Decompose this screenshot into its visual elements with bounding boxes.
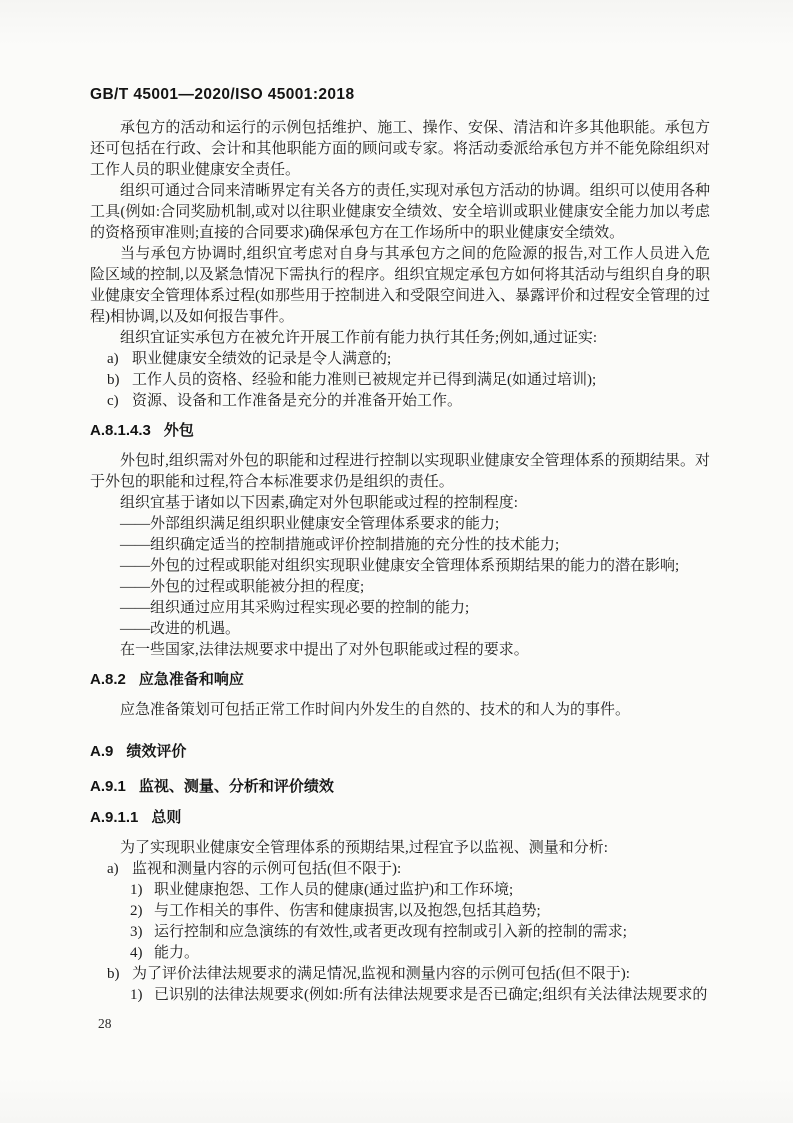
- item-label: b): [107, 370, 132, 391]
- item-text: 为了评价法律法规要求的满足情况,监视和测量内容的示例可包括(但不限于):: [132, 964, 710, 985]
- paragraph: 应急准备策划可包括正常工作时间内外发生的自然的、技术的和人为的事件。: [90, 700, 710, 721]
- dash-text: 改进的机遇。: [150, 621, 240, 637]
- item-text: 职业健康安全绩效的记录是令人满意的;: [132, 349, 710, 370]
- page-content: 承包方的活动和运行的示例包括维护、施工、操作、安保、清洁和许多其他职能。承包方还…: [90, 118, 710, 1006]
- dash-list-item: ——外包的过程或职能被分担的程度;: [90, 577, 710, 598]
- heading-number: A.8.1.4.3: [90, 422, 151, 439]
- dash-mark: ——: [120, 537, 150, 553]
- list-item: c) 资源、设备和工作准备是充分的并准备开始工作。: [90, 391, 710, 412]
- dash-text: 外包的过程或职能被分担的程度;: [150, 579, 364, 595]
- num-label: 3): [130, 922, 154, 943]
- dash-mark: ——: [120, 516, 150, 532]
- numbered-item: 1) 已识别的法律法规要求(例如:所有法律法规要求是否已确定;组织有关法律法规要…: [90, 985, 710, 1006]
- list-item: a) 职业健康安全绩效的记录是令人满意的;: [90, 349, 710, 370]
- document-page: GB/T 45001—2020/ISO 45001:2018 承包方的活动和运行…: [0, 0, 793, 1123]
- item-text: 资源、设备和工作准备是充分的并准备开始工作。: [132, 391, 710, 412]
- list-item: b) 工作人员的资格、经验和能力准则已被规定并已得到满足(如通过培训);: [90, 370, 710, 391]
- section-heading: A.9.1监视、测量、分析和评价绩效: [90, 776, 710, 797]
- num-text: 能力。: [154, 943, 710, 964]
- numbered-item: 2) 与工作相关的事件、伤害和健康损害,以及抱怨,包括其趋势;: [90, 901, 710, 922]
- heading-number: A.9.1.1: [90, 809, 138, 826]
- dash-text: 组织通过应用其采购过程实现必要的控制的能力;: [150, 600, 469, 616]
- numbered-item: 4) 能力。: [90, 943, 710, 964]
- dash-list-item: ——改进的机遇。: [90, 619, 710, 640]
- section-heading: A.8.1.4.3外包: [90, 420, 710, 441]
- paragraph: 在一些国家,法律法规要求中提出了对外包职能或过程的要求。: [90, 640, 710, 661]
- dash-list-item: ——外包的过程或职能对组织实现职业健康安全管理体系预期结果的能力的潜在影响;: [90, 556, 710, 577]
- section-heading: A.8.2应急准备和响应: [90, 669, 710, 690]
- paragraph: 组织可通过合同来清晰界定有关各方的责任,实现对承包方活动的协调。组织可以使用各种…: [90, 181, 710, 244]
- heading-title: 监视、测量、分析和评价绩效: [139, 778, 334, 795]
- item-text: 工作人员的资格、经验和能力准则已被规定并已得到满足(如通过培训);: [132, 370, 710, 391]
- num-text: 与工作相关的事件、伤害和健康损害,以及抱怨,包括其趋势;: [154, 901, 710, 922]
- num-label: 2): [130, 901, 154, 922]
- dash-mark: ——: [120, 579, 150, 595]
- dash-list-item: ——外部组织满足组织职业健康安全管理体系要求的能力;: [90, 514, 710, 535]
- heading-number: A.8.2: [90, 671, 126, 688]
- heading-title: 外包: [164, 422, 194, 439]
- num-label: 4): [130, 943, 154, 964]
- heading-title: 应急准备和响应: [139, 671, 244, 688]
- dash-mark: ——: [120, 600, 150, 616]
- paragraph: 承包方的活动和运行的示例包括维护、施工、操作、安保、清洁和许多其他职能。承包方还…: [90, 118, 710, 181]
- item-label: b): [107, 964, 132, 985]
- running-header: GB/T 45001—2020/ISO 45001:2018: [90, 86, 354, 104]
- list-item: b) 为了评价法律法规要求的满足情况,监视和测量内容的示例可包括(但不限于):: [90, 964, 710, 985]
- paragraph: 组织宜基于诸如以下因素,确定对外包职能或过程的控制程度:: [90, 493, 710, 514]
- list-item: a) 监视和测量内容的示例可包括(但不限于):: [90, 859, 710, 880]
- numbered-item: 1) 职业健康抱怨、工作人员的健康(通过监护)和工作环境;: [90, 880, 710, 901]
- section-heading: A.9.1.1总则: [90, 807, 710, 828]
- dash-text: 外包的过程或职能对组织实现职业健康安全管理体系预期结果的能力的潜在影响;: [150, 558, 679, 574]
- item-label: a): [107, 349, 132, 370]
- num-label: 1): [130, 985, 154, 1006]
- dash-list-item: ——组织确定适当的控制措施或评价控制措施的充分性的技术能力;: [90, 535, 710, 556]
- dash-text: 外部组织满足组织职业健康安全管理体系要求的能力;: [150, 516, 499, 532]
- dash-text: 组织确定适当的控制措施或评价控制措施的充分性的技术能力;: [150, 537, 559, 553]
- item-label: c): [107, 391, 132, 412]
- num-text: 已识别的法律法规要求(例如:所有法律法规要求是否已确定;组织有关法律法规要求的: [154, 985, 710, 1006]
- num-text: 职业健康抱怨、工作人员的健康(通过监护)和工作环境;: [154, 880, 710, 901]
- paragraph: 组织宜证实承包方在被允许开展工作前有能力执行其任务;例如,通过证实:: [90, 328, 710, 349]
- paragraph: 外包时,组织需对外包的职能和过程进行控制以实现职业健康安全管理体系的预期结果。对…: [90, 451, 710, 493]
- page-number: 28: [98, 1016, 112, 1032]
- standard-code: GB/T 45001—2020/ISO 45001:2018: [90, 86, 354, 103]
- paragraph: 当与承包方协调时,组织宜考虑对自身与其承包方之间的危险源的报告,对工作人员进入危…: [90, 244, 710, 328]
- num-label: 1): [130, 880, 154, 901]
- heading-number: A.9.1: [90, 778, 126, 795]
- dash-mark: ——: [120, 558, 150, 574]
- section-heading: A.9绩效评价: [90, 741, 710, 762]
- item-text: 监视和测量内容的示例可包括(但不限于):: [132, 859, 710, 880]
- heading-title: 总则: [151, 809, 181, 826]
- numbered-item: 3) 运行控制和应急演练的有效性,或者更改现有控制或引入新的控制的需求;: [90, 922, 710, 943]
- dash-mark: ——: [120, 621, 150, 637]
- heading-number: A.9: [90, 743, 113, 760]
- num-text: 运行控制和应急演练的有效性,或者更改现有控制或引入新的控制的需求;: [154, 922, 710, 943]
- paragraph: 为了实现职业健康安全管理体系的预期结果,过程宜予以监视、测量和分析:: [90, 838, 710, 859]
- heading-title: 绩效评价: [126, 743, 186, 760]
- dash-list-item: ——组织通过应用其采购过程实现必要的控制的能力;: [90, 598, 710, 619]
- item-label: a): [107, 859, 132, 880]
